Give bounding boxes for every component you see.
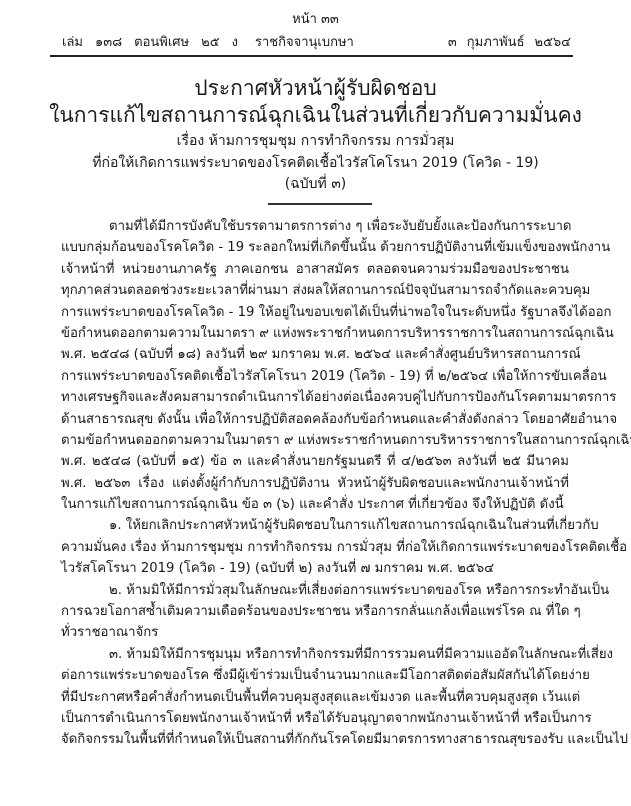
clause-1-line: ไวรัสโคโรนา 2019 (โควิด - 19) (ฉบับที่ ๒…: [61, 558, 569, 579]
clause-1-line: ความมั่นคง เรื่อง ห้ามการชุมชุม การทำกิจ…: [61, 537, 569, 558]
body-line: เจ้าหน้าที่ หน่วยงานภาครัฐ ภาคเอกชน อาสา…: [61, 259, 569, 280]
body-line: ข้อกำหนดออกตามความในมาตรา ๙ แห่งพระราชกำ…: [61, 323, 569, 344]
volume-number: ๑๓๘: [95, 35, 122, 50]
body-line: พ.ศ. ๒๕๔๘ (ฉบับที่ ๑๘) ลงวันที่ ๒๙ มกราค…: [61, 344, 569, 365]
title-separator: [268, 203, 372, 205]
body-line: ในการแก้ไขสถานการณ์ฉุกเฉิน ข้อ ๓ (๖) และ…: [61, 494, 569, 515]
body-line: แบบกลุ่มก้อนของโรคโควิด - 19 ระลอกใหม่ที…: [61, 237, 569, 258]
date-year: ๒๕๖๔: [535, 35, 572, 50]
section-label: ตอนพิเศษ: [134, 35, 189, 50]
clause-3-line: ที่มีประกาศหรือคำสั่งกำหนดเป็นพื้นที่ควบ…: [61, 687, 569, 708]
date-month: กุมภาพันธ์: [467, 35, 525, 50]
header-rule: [50, 55, 573, 57]
document-title-line2: ในการแก้ไขสถานการณ์ฉุกเฉินในส่วนที่เกี่ย…: [0, 99, 631, 132]
clause-2-line: การฉวยโอกาสซ้ำเติมความเดือดร้อนของประชาช…: [61, 601, 569, 622]
clause-3-line: ๓. ห้ามมิให้มีการชุมนุม หรือการทำกิจกรรม…: [61, 644, 569, 665]
body-line: การแพร่ระบาดของโรคโควิด - 19 ให้อยู่ในขอ…: [61, 302, 569, 323]
clause-3-line: จัดกิจกรรมในพื้นที่ที่กำหนดให้เป็นสถานที…: [61, 729, 569, 750]
gazette-volume-info: เล่ม๑๓๘ตอนพิเศษ๒๕ง: [62, 31, 250, 52]
body-line: ด้านสาธารณสุข ดังนั้น เพื่อให้การปฏิบัติ…: [61, 409, 569, 430]
body-line: ตามที่ได้มีการบังคับใช้บรรดามาตรการต่าง …: [61, 216, 569, 237]
clause-3-line: ต่อการแพร่ระบาดของโรค ซึ่งมีผู้เข้าร่วมเ…: [61, 665, 569, 686]
clause-2-line: ๒. ห้ามมิให้มีการมั่วสุมในลักษณะที่เสี่ย…: [61, 580, 569, 601]
clause-2-line: ทั่วราชอาณาจักร: [61, 622, 569, 643]
clause-3-line: เป็นการดำเนินการโดยพนักงานเจ้าหน้าที่ หร…: [61, 708, 569, 729]
body-line: ทุกภาคส่วนตลอดช่วงระยะเวลาที่ผ่านมา ส่งผ…: [61, 280, 569, 301]
publication-date: ๓กุมภาพันธ์๒๕๖๔: [438, 31, 571, 52]
issue-number: (ฉบับที่ ๓): [0, 173, 631, 195]
body-line: การแพร่ระบาดของโรคติดเชื้อไวรัสโคโรนา 20…: [61, 366, 569, 387]
body-line: พ.ศ. ๒๕๔๘ (ฉบับที่ ๑๕) ข้อ ๓ และคำสั่งนา…: [61, 451, 569, 472]
date-day: ๓: [448, 35, 457, 50]
volume-label: เล่ม: [62, 35, 83, 50]
page-number: หน้า ๓๓: [0, 8, 631, 29]
document-subject: เรื่อง ห้ามการชุมชุม การทำกิจกรรม การมั่…: [0, 130, 631, 152]
publication-name: ราชกิจจานุเบกษา: [255, 31, 354, 52]
body-line: ตามข้อกำหนดออกตามความในมาตรา ๙ แห่งพระรา…: [61, 430, 569, 451]
section-number: ๒๕: [201, 35, 219, 50]
section-letter: ง: [232, 35, 238, 50]
document-subject-line2: ที่ก่อให้เกิดการแพร่ระบาดของโรคติดเชื้อไ…: [0, 152, 631, 174]
clause-1-line: ๑. ให้ยกเลิกประกาศหัวหน้าผู้รับผิดชอบในก…: [61, 515, 569, 536]
document-body: ตามที่ได้มีการบังคับใช้บรรดามาตรการต่าง …: [61, 216, 569, 751]
body-line: ทางเศรษฐกิจและสังคมสามารถดำเนินการได้อย่…: [61, 387, 569, 408]
body-line: พ.ศ. ๒๕๖๓ เรื่อง แต่งตั้งผู้กำกับการปฏิบ…: [61, 473, 569, 494]
